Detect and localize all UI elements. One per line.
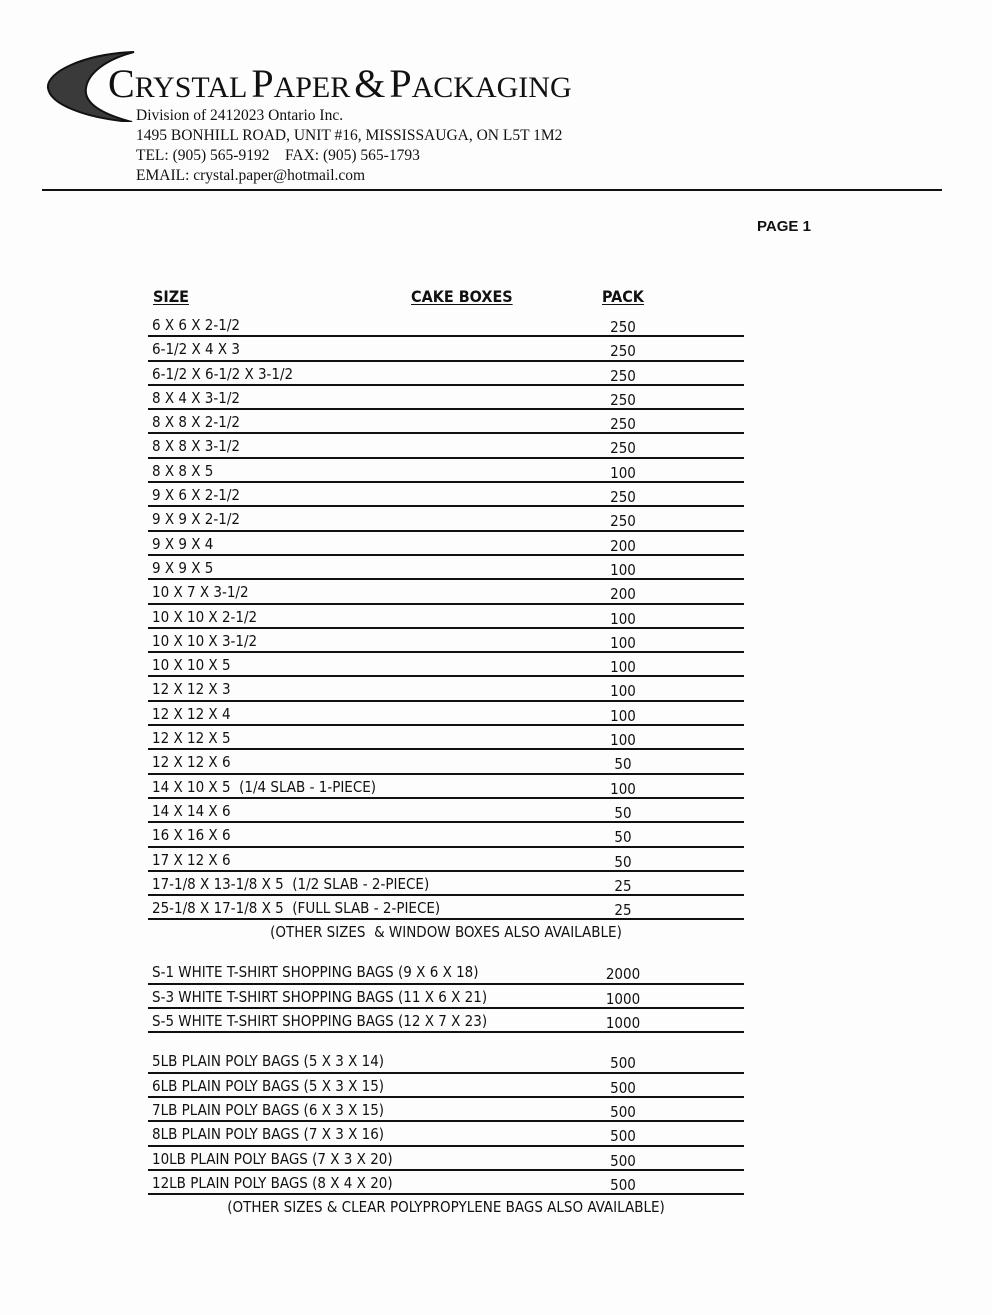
size-cell: 7LB PLAIN POLY BAGS (6 X 3 X 15) xyxy=(152,1098,384,1122)
size-cell: 8LB PLAIN POLY BAGS (7 X 3 X 16) xyxy=(152,1122,384,1146)
table-row: 8 X 8 X 3-1/2250 xyxy=(148,434,744,458)
pack-cell: 25 xyxy=(588,898,658,922)
size-cell: 10LB PLAIN POLY BAGS (7 X 3 X 20) xyxy=(152,1147,393,1171)
table-row: 25-1/8 X 17-1/8 X 5 (FULL SLAB - 2-PIECE… xyxy=(148,896,744,920)
table-row: 8 X 4 X 3-1/2250 xyxy=(148,386,744,410)
company-name-word: & xyxy=(354,84,385,101)
division-text: Division of 2412023 Ontario Inc. xyxy=(136,106,562,126)
table-header: SIZE CAKE BOXES PACK xyxy=(148,287,744,313)
size-cell: 5LB PLAIN POLY BAGS (5 X 3 X 14) xyxy=(152,1049,384,1073)
pack-cell: 100 xyxy=(588,607,658,631)
size-cell: 14 X 14 X 6 xyxy=(152,799,231,823)
pack-cell: 250 xyxy=(588,485,658,509)
category-header: CAKE BOXES xyxy=(411,287,513,306)
pack-cell: 100 xyxy=(588,728,658,752)
email-text: EMAIL: crystal.paper@hotmail.com xyxy=(136,166,562,186)
size-cell: 17-1/8 X 13-1/8 X 5 (1/2 SLAB - 2-PIECE) xyxy=(152,872,429,896)
size-cell: 8 X 8 X 3-1/2 xyxy=(152,434,240,458)
poly-bags-list: 5LB PLAIN POLY BAGS (5 X 3 X 14)5006LB P… xyxy=(148,1049,744,1195)
table-row: 10 X 10 X 3-1/2100 xyxy=(148,629,744,653)
pack-cell: 250 xyxy=(588,436,658,460)
size-cell: 12 X 12 X 5 xyxy=(152,726,231,750)
size-cell: 9 X 9 X 5 xyxy=(152,556,213,580)
size-cell: 12 X 12 X 3 xyxy=(152,677,231,701)
table-row: 9 X 9 X 4200 xyxy=(148,532,744,556)
table-row: 9 X 6 X 2-1/2250 xyxy=(148,483,744,507)
pack-cell: 25 xyxy=(588,874,658,898)
company-name-word: PAPER xyxy=(251,84,350,101)
cake-boxes-note: (OTHER SIZES & WINDOW BOXES ALSO AVAILAB… xyxy=(148,920,744,944)
pack-cell: 250 xyxy=(588,412,658,436)
size-cell: 10 X 10 X 3-1/2 xyxy=(152,629,257,653)
address-text: 1495 BONHILL ROAD, UNIT #16, MISSISSAUGA… xyxy=(136,126,562,146)
table-row: 12 X 12 X 650 xyxy=(148,750,744,774)
pack-column-header: PACK xyxy=(602,287,644,306)
size-cell: 9 X 6 X 2-1/2 xyxy=(152,483,240,507)
shopping-bags-list: S-1 WHITE T-SHIRT SHOPPING BAGS (9 X 6 X… xyxy=(148,960,744,1033)
size-cell: 6 X 6 X 2-1/2 xyxy=(152,313,240,337)
pack-cell: 2000 xyxy=(588,962,658,986)
table-row: 8 X 8 X 5100 xyxy=(148,459,744,483)
pack-cell: 500 xyxy=(588,1149,658,1173)
size-cell: 9 X 9 X 2-1/2 xyxy=(152,507,240,531)
pack-cell: 100 xyxy=(588,777,658,801)
table-row: 9 X 9 X 5100 xyxy=(148,556,744,580)
pack-cell: 200 xyxy=(588,582,658,606)
table-row: 6 X 6 X 2-1/2250 xyxy=(148,313,744,337)
pack-cell: 250 xyxy=(588,339,658,363)
page-number: PAGE 1 xyxy=(757,218,811,235)
table-row: 16 X 16 X 650 xyxy=(148,823,744,847)
pack-cell: 100 xyxy=(588,461,658,485)
size-cell: 10 X 10 X 2-1/2 xyxy=(152,605,257,629)
pack-cell: 500 xyxy=(588,1100,658,1124)
table-row: 17 X 12 X 650 xyxy=(148,848,744,872)
pack-cell: 1000 xyxy=(588,987,658,1011)
company-name-word: CRYSTAL xyxy=(108,84,247,101)
pack-cell: 50 xyxy=(588,825,658,849)
letterhead-contact: Division of 2412023 Ontario Inc. 1495 BO… xyxy=(136,106,562,186)
company-name: CRYSTAL PAPER & PACKAGING xyxy=(108,60,572,107)
table-row: 17-1/8 X 13-1/8 X 5 (1/2 SLAB - 2-PIECE)… xyxy=(148,872,744,896)
pack-cell: 500 xyxy=(588,1051,658,1075)
size-cell: 16 X 16 X 6 xyxy=(152,823,231,847)
table-row: S-5 WHITE T-SHIRT SHOPPING BAGS (12 X 7 … xyxy=(148,1009,744,1033)
table-row: 6LB PLAIN POLY BAGS (5 X 3 X 15)500 xyxy=(148,1074,744,1098)
phone-fax-text: TEL: (905) 565-9192 FAX: (905) 565-1793 xyxy=(136,146,562,166)
table-row: 12 X 12 X 4100 xyxy=(148,702,744,726)
size-cell: 6-1/2 X 4 X 3 xyxy=(152,337,240,361)
size-cell: 8 X 8 X 5 xyxy=(152,459,213,483)
size-cell: 10 X 10 X 5 xyxy=(152,653,231,677)
size-cell: 12 X 12 X 4 xyxy=(152,702,231,726)
size-cell: 10 X 7 X 3-1/2 xyxy=(152,580,249,604)
pack-cell: 50 xyxy=(588,850,658,874)
table-row: 12 X 12 X 5100 xyxy=(148,726,744,750)
pack-cell: 500 xyxy=(588,1076,658,1100)
table-row: 10 X 10 X 2-1/2100 xyxy=(148,605,744,629)
table-row: S-3 WHITE T-SHIRT SHOPPING BAGS (11 X 6 … xyxy=(148,985,744,1009)
pack-cell: 500 xyxy=(588,1173,658,1197)
pack-cell: 250 xyxy=(588,364,658,388)
table-row: 6-1/2 X 4 X 3250 xyxy=(148,337,744,361)
table-row: 8LB PLAIN POLY BAGS (7 X 3 X 16)500 xyxy=(148,1122,744,1146)
pack-cell: 100 xyxy=(588,558,658,582)
table-row: 6-1/2 X 6-1/2 X 3-1/2250 xyxy=(148,362,744,386)
size-cell: 25-1/8 X 17-1/8 X 5 (FULL SLAB - 2-PIECE… xyxy=(152,896,440,920)
pack-cell: 250 xyxy=(588,388,658,412)
size-cell: S-1 WHITE T-SHIRT SHOPPING BAGS (9 X 6 X… xyxy=(152,960,479,984)
table-row: 14 X 14 X 650 xyxy=(148,799,744,823)
poly-bags-note: (OTHER SIZES & CLEAR POLYPROPYLENE BAGS … xyxy=(148,1195,744,1219)
table-row: 10LB PLAIN POLY BAGS (7 X 3 X 20)500 xyxy=(148,1147,744,1171)
size-cell: S-5 WHITE T-SHIRT SHOPPING BAGS (12 X 7 … xyxy=(152,1009,487,1033)
pack-cell: 200 xyxy=(588,534,658,558)
size-cell: 17 X 12 X 6 xyxy=(152,848,231,872)
size-cell: 9 X 9 X 4 xyxy=(152,532,213,556)
cake-boxes-list: 6 X 6 X 2-1/22506-1/2 X 4 X 32506-1/2 X … xyxy=(148,313,744,920)
table-row: 14 X 10 X 5 (1/4 SLAB - 1-PIECE)100 xyxy=(148,775,744,799)
table-row: S-1 WHITE T-SHIRT SHOPPING BAGS (9 X 6 X… xyxy=(148,960,744,984)
pack-cell: 50 xyxy=(588,801,658,825)
table-row: 7LB PLAIN POLY BAGS (6 X 3 X 15)500 xyxy=(148,1098,744,1122)
pack-cell: 100 xyxy=(588,704,658,728)
size-cell: 6LB PLAIN POLY BAGS (5 X 3 X 15) xyxy=(152,1074,384,1098)
product-table: SIZE CAKE BOXES PACK 6 X 6 X 2-1/22506-1… xyxy=(148,287,744,1219)
size-cell: 12 X 12 X 6 xyxy=(152,750,231,774)
table-row: 8 X 8 X 2-1/2250 xyxy=(148,410,744,434)
table-row: 12 X 12 X 3100 xyxy=(148,677,744,701)
pack-cell: 250 xyxy=(588,315,658,339)
company-name-word: PACKAGING xyxy=(389,84,571,101)
pack-cell: 1000 xyxy=(588,1011,658,1035)
table-row: 9 X 9 X 2-1/2250 xyxy=(148,507,744,531)
size-column-header: SIZE xyxy=(153,287,189,306)
pack-cell: 250 xyxy=(588,509,658,533)
pack-cell: 100 xyxy=(588,655,658,679)
size-cell: 14 X 10 X 5 (1/4 SLAB - 1-PIECE) xyxy=(152,775,376,799)
pack-cell: 500 xyxy=(588,1124,658,1148)
size-cell: 12LB PLAIN POLY BAGS (8 X 4 X 20) xyxy=(152,1171,393,1195)
table-row: 12LB PLAIN POLY BAGS (8 X 4 X 20)500 xyxy=(148,1171,744,1195)
size-cell: 8 X 4 X 3-1/2 xyxy=(152,386,240,410)
pack-cell: 50 xyxy=(588,752,658,776)
size-cell: S-3 WHITE T-SHIRT SHOPPING BAGS (11 X 6 … xyxy=(152,985,487,1009)
pack-cell: 100 xyxy=(588,631,658,655)
size-cell: 6-1/2 X 6-1/2 X 3-1/2 xyxy=(152,362,293,386)
size-cell: 8 X 8 X 2-1/2 xyxy=(152,410,240,434)
table-row: 10 X 10 X 5100 xyxy=(148,653,744,677)
table-row: 5LB PLAIN POLY BAGS (5 X 3 X 14)500 xyxy=(148,1049,744,1073)
pack-cell: 100 xyxy=(588,679,658,703)
letterhead-divider xyxy=(42,189,942,191)
table-row: 10 X 7 X 3-1/2200 xyxy=(148,580,744,604)
